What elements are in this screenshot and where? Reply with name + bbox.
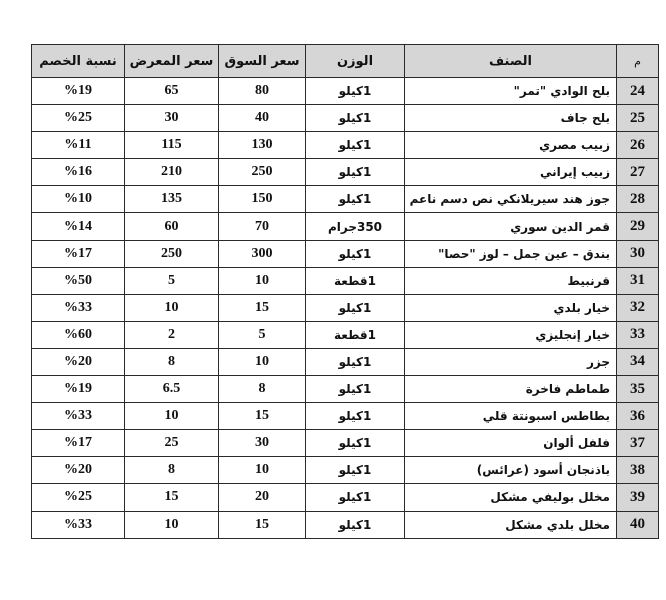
discount-percent: %10 [32, 186, 125, 213]
table-row: 38باذنجان أسود (عرائس)1كيلو108%20 [32, 457, 659, 484]
table-row: 27زبيب إيراني1كيلو250210%16 [32, 159, 659, 186]
market-price: 80 [219, 78, 306, 105]
row-num: 24 [617, 78, 659, 105]
exhibition-price: 5 [125, 267, 219, 294]
table-row: 28جوز هند سيريلانكي نص دسم ناعم1كيلو1501… [32, 186, 659, 213]
item-weight: 1كيلو [306, 457, 405, 484]
market-price: 15 [219, 403, 306, 430]
table-row: 33خيار إنجليزي1قطعة52%60 [32, 321, 659, 348]
exhibition-price: 115 [125, 132, 219, 159]
exhibition-price: 8 [125, 457, 219, 484]
exhibition-price: 135 [125, 186, 219, 213]
row-num: 36 [617, 403, 659, 430]
row-num: 33 [617, 321, 659, 348]
discount-percent: %19 [32, 78, 125, 105]
item-name: بندق – عين جمل – لوز "حصا" [405, 240, 617, 267]
exhibition-price: 10 [125, 511, 219, 538]
table-row: 30بندق – عين جمل – لوز "حصا"1كيلو300250%… [32, 240, 659, 267]
table-row: 29قمر الدين سوري350جرام7060%14 [32, 213, 659, 240]
item-weight: 350جرام [306, 213, 405, 240]
exhibition-price: 15 [125, 484, 219, 511]
table-row: 26زبيب مصري1كيلو130115%11 [32, 132, 659, 159]
row-num: 26 [617, 132, 659, 159]
exhibition-price: 250 [125, 240, 219, 267]
table-row: 32خيار بلدي1كيلو1510%33 [32, 294, 659, 321]
market-price: 5 [219, 321, 306, 348]
row-num: 29 [617, 213, 659, 240]
table-row: 31قرنبيط1قطعة105%50 [32, 267, 659, 294]
market-price: 10 [219, 267, 306, 294]
item-weight: 1كيلو [306, 348, 405, 375]
item-name: خيار بلدي [405, 294, 617, 321]
item-name: فلفل ألوان [405, 430, 617, 457]
discount-percent: %25 [32, 484, 125, 511]
market-price: 250 [219, 159, 306, 186]
item-weight: 1كيلو [306, 105, 405, 132]
table-row: 36بطاطس اسبونتة قلي1كيلو1510%33 [32, 403, 659, 430]
market-price: 30 [219, 430, 306, 457]
row-num: 27 [617, 159, 659, 186]
item-name: بطاطس اسبونتة قلي [405, 403, 617, 430]
price-table: م الصنف الوزن سعر السوق سعر المعرض نسبة … [31, 44, 659, 539]
discount-percent: %33 [32, 294, 125, 321]
item-weight: 1كيلو [306, 186, 405, 213]
row-num: 25 [617, 105, 659, 132]
item-name: جوز هند سيريلانكي نص دسم ناعم [405, 186, 617, 213]
item-weight: 1كيلو [306, 240, 405, 267]
item-name: بلح الوادي "تمر" [405, 78, 617, 105]
item-weight: 1كيلو [306, 294, 405, 321]
discount-percent: %25 [32, 105, 125, 132]
market-price: 10 [219, 348, 306, 375]
market-price: 20 [219, 484, 306, 511]
item-name: باذنجان أسود (عرائس) [405, 457, 617, 484]
table-row: 25بلح جاف1كيلو4030%25 [32, 105, 659, 132]
item-weight: 1كيلو [306, 159, 405, 186]
row-num: 34 [617, 348, 659, 375]
item-name: مخلل بوليفي مشكل [405, 484, 617, 511]
item-name: قمر الدين سوري [405, 213, 617, 240]
row-num: 35 [617, 376, 659, 403]
discount-percent: %60 [32, 321, 125, 348]
row-num: 31 [617, 267, 659, 294]
discount-percent: %20 [32, 348, 125, 375]
header-market-price: سعر السوق [219, 45, 306, 78]
table-row: 34جزر1كيلو108%20 [32, 348, 659, 375]
item-name: زبيب إيراني [405, 159, 617, 186]
discount-percent: %11 [32, 132, 125, 159]
table-row: 35طماطم فاخرة1كيلو86.5%19 [32, 376, 659, 403]
exhibition-price: 6.5 [125, 376, 219, 403]
market-price: 8 [219, 376, 306, 403]
exhibition-price: 10 [125, 403, 219, 430]
row-num: 39 [617, 484, 659, 511]
item-name: جزر [405, 348, 617, 375]
item-weight: 1قطعة [306, 321, 405, 348]
row-num: 32 [617, 294, 659, 321]
header-row: م الصنف الوزن سعر السوق سعر المعرض نسبة … [32, 45, 659, 78]
discount-percent: %19 [32, 376, 125, 403]
item-weight: 1كيلو [306, 511, 405, 538]
header-exhibition-price: سعر المعرض [125, 45, 219, 78]
header-discount: نسبة الخصم [32, 45, 125, 78]
exhibition-price: 60 [125, 213, 219, 240]
table-row: 40مخلل بلدي مشكل1كيلو1510%33 [32, 511, 659, 538]
exhibition-price: 210 [125, 159, 219, 186]
discount-percent: %33 [32, 511, 125, 538]
item-weight: 1كيلو [306, 78, 405, 105]
item-name: مخلل بلدي مشكل [405, 511, 617, 538]
exhibition-price: 8 [125, 348, 219, 375]
row-num: 40 [617, 511, 659, 538]
item-weight: 1كيلو [306, 403, 405, 430]
discount-percent: %20 [32, 457, 125, 484]
row-num: 37 [617, 430, 659, 457]
item-name: زبيب مصري [405, 132, 617, 159]
table-row: 37فلفل ألوان1كيلو3025%17 [32, 430, 659, 457]
header-item: الصنف [405, 45, 617, 78]
market-price: 15 [219, 511, 306, 538]
market-price: 300 [219, 240, 306, 267]
item-weight: 1كيلو [306, 132, 405, 159]
discount-percent: %17 [32, 430, 125, 457]
market-price: 40 [219, 105, 306, 132]
item-name: خيار إنجليزي [405, 321, 617, 348]
item-weight: 1كيلو [306, 376, 405, 403]
market-price: 70 [219, 213, 306, 240]
item-name: بلح جاف [405, 105, 617, 132]
row-num: 28 [617, 186, 659, 213]
market-price: 15 [219, 294, 306, 321]
market-price: 130 [219, 132, 306, 159]
item-weight: 1كيلو [306, 484, 405, 511]
table-body: 24بلح الوادي "تمر"1كيلو8065%1925بلح جاف1… [32, 78, 659, 539]
item-weight: 1كيلو [306, 430, 405, 457]
row-num: 30 [617, 240, 659, 267]
header-num: م [617, 45, 659, 78]
discount-percent: %50 [32, 267, 125, 294]
row-num: 38 [617, 457, 659, 484]
discount-percent: %14 [32, 213, 125, 240]
item-weight: 1قطعة [306, 267, 405, 294]
exhibition-price: 10 [125, 294, 219, 321]
exhibition-price: 65 [125, 78, 219, 105]
header-weight: الوزن [306, 45, 405, 78]
market-price: 150 [219, 186, 306, 213]
table-row: 24بلح الوادي "تمر"1كيلو8065%19 [32, 78, 659, 105]
exhibition-price: 2 [125, 321, 219, 348]
table-row: 39مخلل بوليفي مشكل1كيلو2015%25 [32, 484, 659, 511]
discount-percent: %33 [32, 403, 125, 430]
exhibition-price: 25 [125, 430, 219, 457]
discount-percent: %16 [32, 159, 125, 186]
market-price: 10 [219, 457, 306, 484]
exhibition-price: 30 [125, 105, 219, 132]
item-name: طماطم فاخرة [405, 376, 617, 403]
item-name: قرنبيط [405, 267, 617, 294]
discount-percent: %17 [32, 240, 125, 267]
